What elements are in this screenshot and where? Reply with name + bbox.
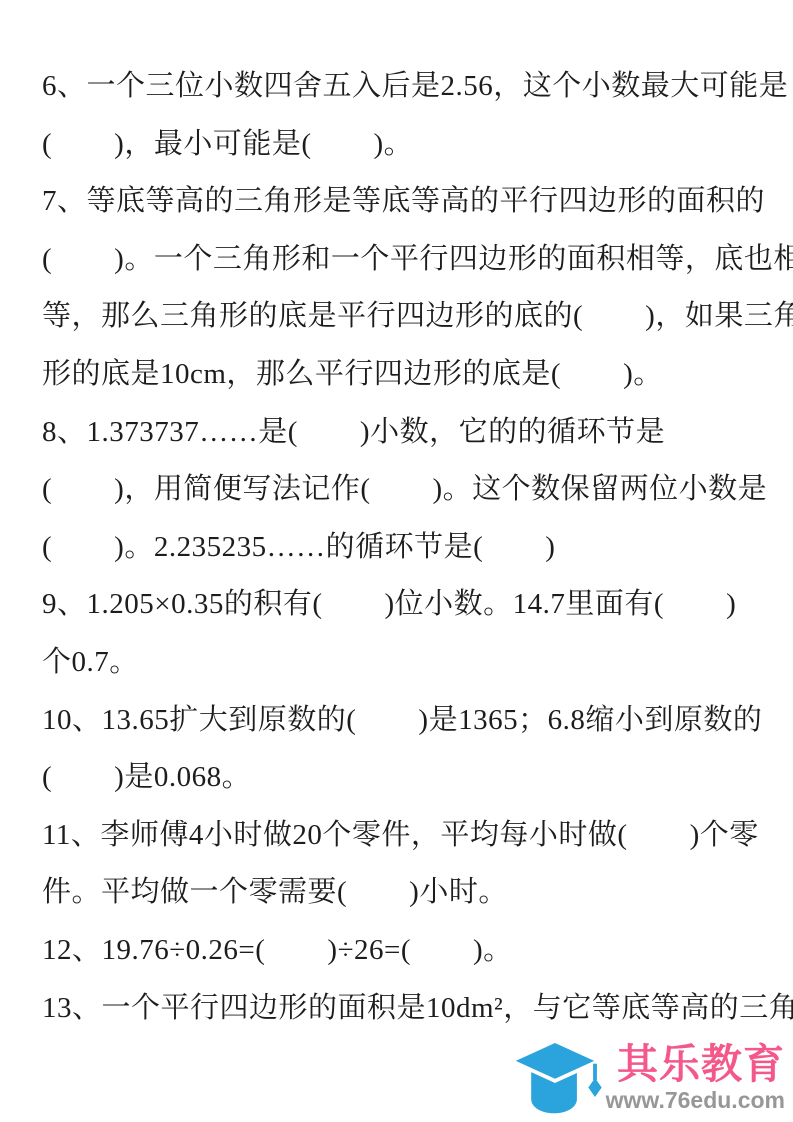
brand-logo: 其乐教育 www.76edu.com xyxy=(508,1038,785,1118)
worksheet-line: 6、一个三位小数四舍五入后是2.56，这个小数最大可能是 xyxy=(42,58,773,116)
worksheet-line: 13、一个平行四边形的面积是10dm²，与它等底等高的三角 xyxy=(42,980,773,1038)
brand-text-block: 其乐教育 www.76edu.com xyxy=(606,1043,785,1113)
brand-website: www.76edu.com xyxy=(606,1088,785,1113)
brand-name: 其乐教育 xyxy=(617,1043,785,1086)
worksheet-line: 11、李师傅4小时做20个零件，平均每小时做( )个零 xyxy=(42,807,773,865)
worksheet-line: 9、1.205×0.35的积有( )位小数。14.7里面有( ) xyxy=(42,576,773,634)
worksheet-line: ( )是0.068。 xyxy=(42,749,773,807)
worksheet-page: 6、一个三位小数四舍五入后是2.56，这个小数最大可能是 ( )，最小可能是( … xyxy=(0,0,793,1122)
worksheet-body: 6、一个三位小数四舍五入后是2.56，这个小数最大可能是 ( )，最小可能是( … xyxy=(42,58,773,1037)
worksheet-line: 形的底是10cm，那么平行四边形的底是( )。 xyxy=(42,346,773,404)
worksheet-line: 7、等底等高的三角形是等底等高的平行四边形的面积的 xyxy=(42,173,773,231)
worksheet-line: 10、13.65扩大到原数的( )是1365；6.8缩小到原数的 xyxy=(42,692,773,750)
worksheet-line: 等，那么三角形的底是平行四边形的底的( )，如果三角 xyxy=(42,288,773,346)
worksheet-line: 12、19.76÷0.26=( )÷26=( )。 xyxy=(42,922,773,980)
worksheet-line: ( )，最小可能是( )。 xyxy=(42,116,773,174)
worksheet-line: ( )。2.235235……的循环节是( ) xyxy=(42,519,773,577)
worksheet-line: 个0.7。 xyxy=(42,634,773,692)
worksheet-line: ( )，用简便写法记作( )。这个数保留两位小数是 xyxy=(42,461,773,519)
graduation-cap-icon xyxy=(508,1038,602,1118)
worksheet-line: 8、1.373737……是( )小数，它的的循环节是 xyxy=(42,404,773,462)
worksheet-line: ( )。一个三角形和一个平行四边形的面积相等，底也相 xyxy=(42,231,773,289)
worksheet-line: 件。平均做一个零需要( )小时。 xyxy=(42,864,773,922)
